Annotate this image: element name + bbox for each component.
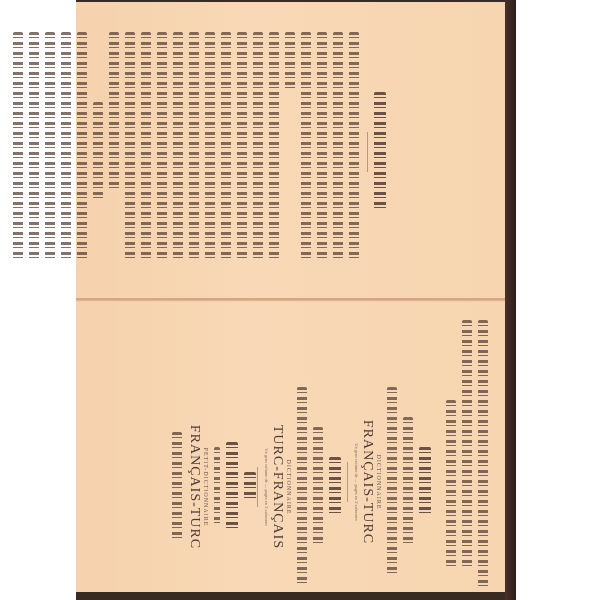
entry-title: FRANÇAIS-TURC xyxy=(359,377,375,587)
upper-heading xyxy=(374,92,386,212)
entry-petit-dictionnaire: PETIT-DICTIONNAIRE FRANÇAIS-TURC xyxy=(166,387,256,587)
entry-arabic-subtitle xyxy=(403,417,413,547)
book-page: DICTIONNAIRE FRANÇAIS-TURC Un gros volum… xyxy=(76,2,505,592)
lower-intro-block xyxy=(440,320,488,590)
entry-subtitle: Un gros volume de .... pages en 2 colonn… xyxy=(354,377,359,587)
entry-arabic-title xyxy=(329,457,341,517)
entry-arabic-note xyxy=(297,387,307,587)
entry-arabic-subtitle xyxy=(226,442,238,532)
entry-label: DICTIONNAIRE xyxy=(375,377,381,587)
entry-title: TURC-FRANÇAIS xyxy=(269,382,285,592)
entry-arabic-title xyxy=(244,472,256,502)
book-spine xyxy=(505,0,516,600)
entry-arabic-title xyxy=(419,447,431,517)
entry-arabic-footer xyxy=(172,432,182,542)
upper-text-block xyxy=(7,32,386,282)
intro-line xyxy=(446,400,456,570)
page-fold-line xyxy=(76,298,505,300)
book: DICTIONNAIRE FRANÇAIS-TURC Un gros volum… xyxy=(76,0,516,600)
entry-arabic-note xyxy=(387,387,397,577)
entry-subtitle: Un gros volume de .... pages en 2 colonn… xyxy=(264,382,269,592)
paragraph xyxy=(13,32,359,282)
entry-label: PETIT-DICTIONNAIRE xyxy=(202,387,208,587)
entry-label: DICTIONNAIRE xyxy=(285,382,291,592)
heading-rule xyxy=(367,132,368,172)
intro-line xyxy=(478,320,488,590)
entry-arabic-subtitle xyxy=(313,427,323,547)
entry-arabic-note xyxy=(214,447,220,527)
entry-francais-turc: DICTIONNAIRE FRANÇAIS-TURC Un gros volum… xyxy=(347,377,431,587)
entry-turc-francais: DICTIONNAIRE TURC-FRANÇAIS Un gros volum… xyxy=(257,382,341,592)
entry-title: FRANÇAIS-TURC xyxy=(186,387,202,587)
intro-line xyxy=(462,320,472,570)
